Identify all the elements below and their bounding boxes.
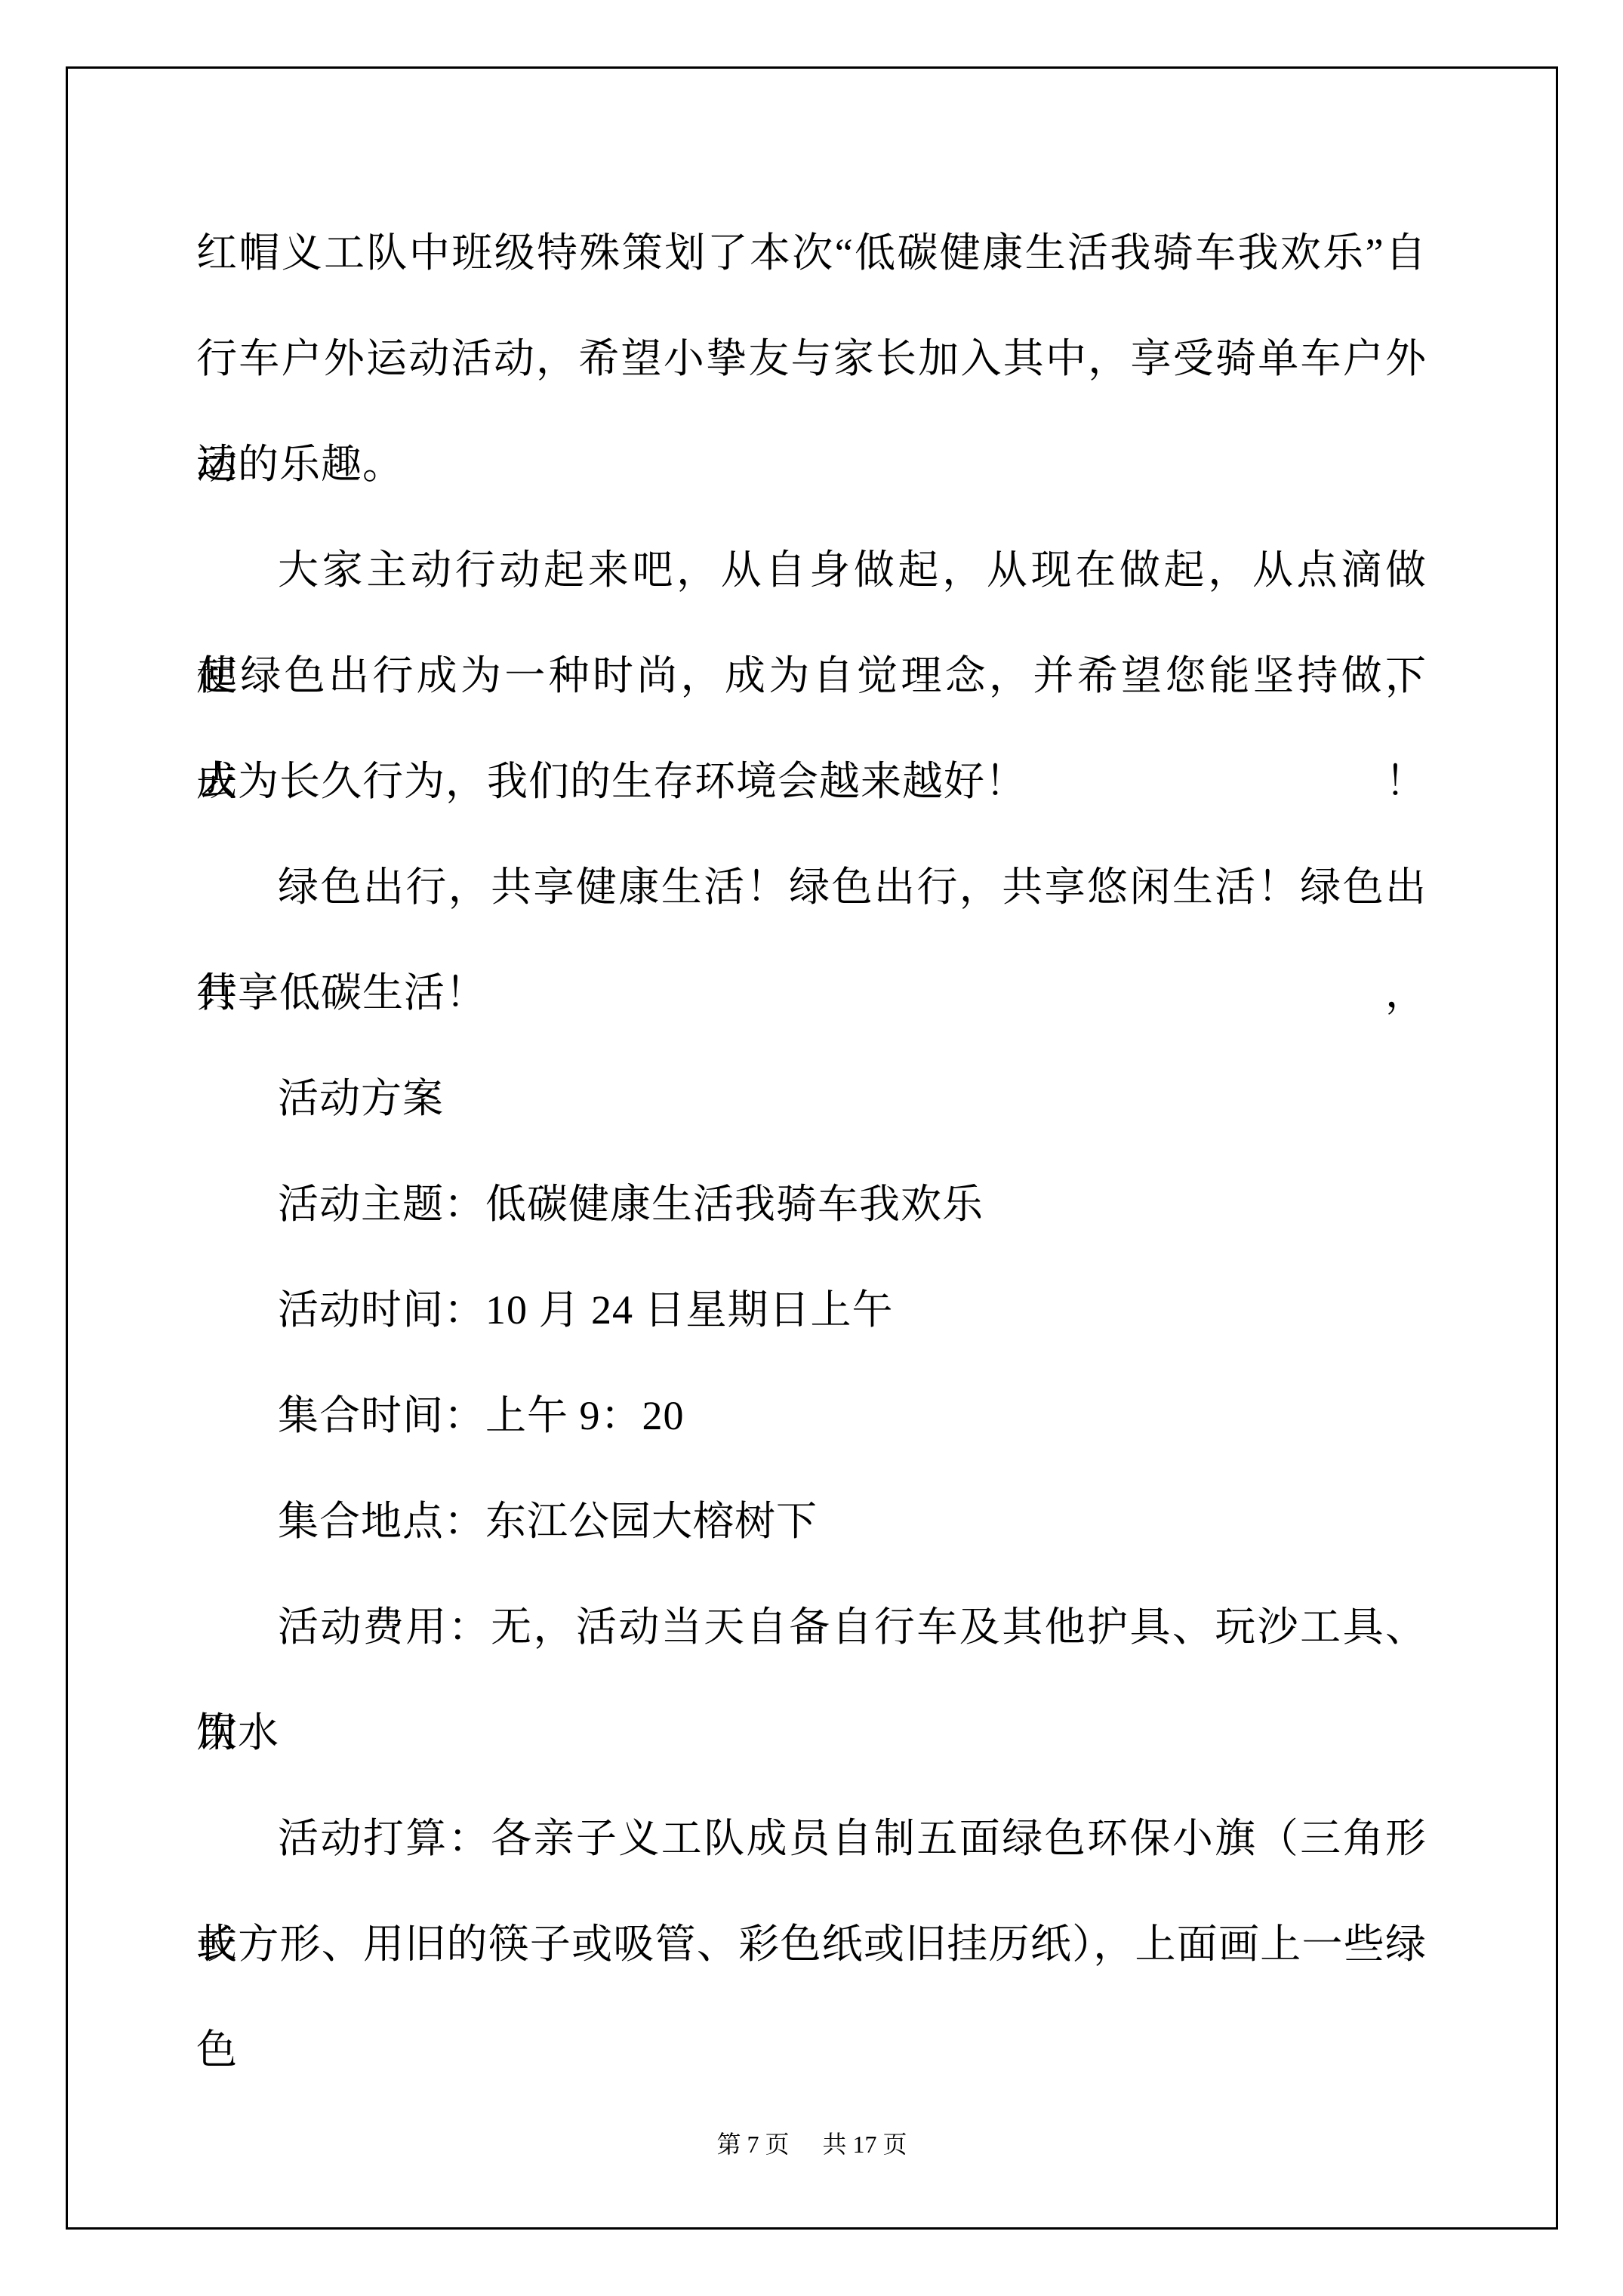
document-page: { "page": { "background_color": "#ffffff…	[0, 0, 1623, 2296]
text-line: 绿色出行，共享健康生活！绿色出行，共享悠闲生活！绿色出行，	[196, 834, 1427, 940]
text-line: 红帽义工队中班级特殊策划了本次“低碳健康生活我骑车我欢乐”自	[196, 200, 1427, 306]
text-line: 大家主动行动起来吧，从自身做起，从现在做起，从点滴做起，	[196, 517, 1427, 623]
text-line: 活动打算：各亲子义工队成员自制五面绿色环保小旗（三角形或	[196, 1786, 1427, 1891]
text-line: 集合地点：东江公园大榕树下	[196, 1469, 1427, 1574]
document-body: 红帽义工队中班级特殊策划了本次“低碳健康生活我骑车我欢乐”自 行车户外运动活动，…	[196, 200, 1427, 1997]
text-line: 集合时间：上午 9：20	[196, 1363, 1427, 1469]
text-line: 用水	[196, 1680, 1427, 1786]
page-number: 第 7 页	[716, 2131, 789, 2158]
page-footer: 第 7 页共 17 页	[66, 2123, 1558, 2165]
text-line: 行车户外运动活动，希望小挚友与家长加入其中，享受骑单车户外运	[196, 306, 1427, 411]
text-line: 动的乐趣。	[196, 411, 1427, 517]
text-line: 使绿色出行成为一种时尚，成为自觉理念，并希望您能坚持做下去！	[196, 623, 1427, 729]
total-pages: 共 17 页	[823, 2131, 907, 2158]
text-line: 活动费用：无，活动当天自备自行车及其他护具、玩沙工具、饮	[196, 1574, 1427, 1680]
text-line: 长方形、用旧的筷子或吸管、彩色纸或旧挂历纸），上面画上一些绿色	[196, 1891, 1427, 1997]
text-line: 活动时间：10 月 24 日星期日上午	[196, 1257, 1427, 1363]
text-line: 活动主题：低碳健康生活我骑车我欢乐	[196, 1151, 1427, 1257]
text-line: 活动方案	[196, 1046, 1427, 1151]
